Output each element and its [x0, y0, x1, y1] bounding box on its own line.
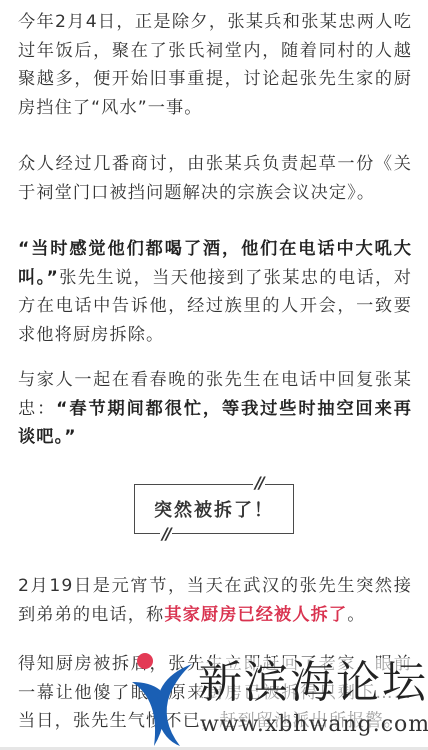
- paragraph-text: 得知厨房被拆后，张先生立即赶回了老家，眼前一幕让他傻了眼，原来厨房已被拆得只剩下…: [18, 654, 412, 731]
- paragraph-text: 张先生说，当天他接到了张某忠的电话，对方在电话中告诉他，经过族里的人开会，一致要…: [18, 268, 412, 345]
- section-subheading: 突然被拆了！: [134, 484, 294, 534]
- paragraph-text: 今年2月4日，正是除夕，张某兵和张某忠两人吃过年饭后，聚在了张氏祠堂内，随着同村…: [18, 12, 412, 118]
- paragraph-reply: 与家人一起在看春晚的张先生在电话中回复张某忠：“春节期间都很忙，等我过些时抽空回…: [18, 366, 412, 452]
- paragraph-new-year-eve: 今年2月4日，正是除夕，张某兵和张某忠两人吃过年饭后，聚在了张氏祠堂内，随着同村…: [18, 8, 412, 122]
- paragraph-returned-home: 得知厨房被拆后，张先生立即赶回了老家，眼前一幕让他傻了眼，原来厨房已被拆得只剩下…: [18, 650, 412, 736]
- paragraph-phone-call: “当时感觉他们都喝了酒，他们在电话中大吼大叫。”张先生说，当天他接到了张某忠的电…: [18, 235, 412, 349]
- subheading-text: 突然被拆了！: [154, 496, 274, 522]
- paragraph-text: 众人经过几番商讨，由张某兵负责起草一份《关于祠堂门口被挡问题解决的宗族会议决定》…: [18, 154, 412, 203]
- slash-decor-icon: //: [253, 476, 265, 490]
- paragraph-clan-meeting: 众人经过几番商讨，由张某兵负责起草一份《关于祠堂门口被挡问题解决的宗族会议决定》…: [18, 150, 412, 207]
- quote-bold: “春节期间都很忙，等我过些时抽空回来再谈吧。”: [18, 399, 412, 448]
- paragraph-lantern-festival: 2月19日是元宵节，当天在武汉的张先生突然接到弟弟的电话，称其家厨房已经被人拆了…: [18, 572, 412, 629]
- paragraph-end: 。: [347, 605, 365, 625]
- slash-decor-icon: //: [160, 527, 172, 541]
- highlight-text: 其家厨房已经被人拆了: [164, 605, 347, 625]
